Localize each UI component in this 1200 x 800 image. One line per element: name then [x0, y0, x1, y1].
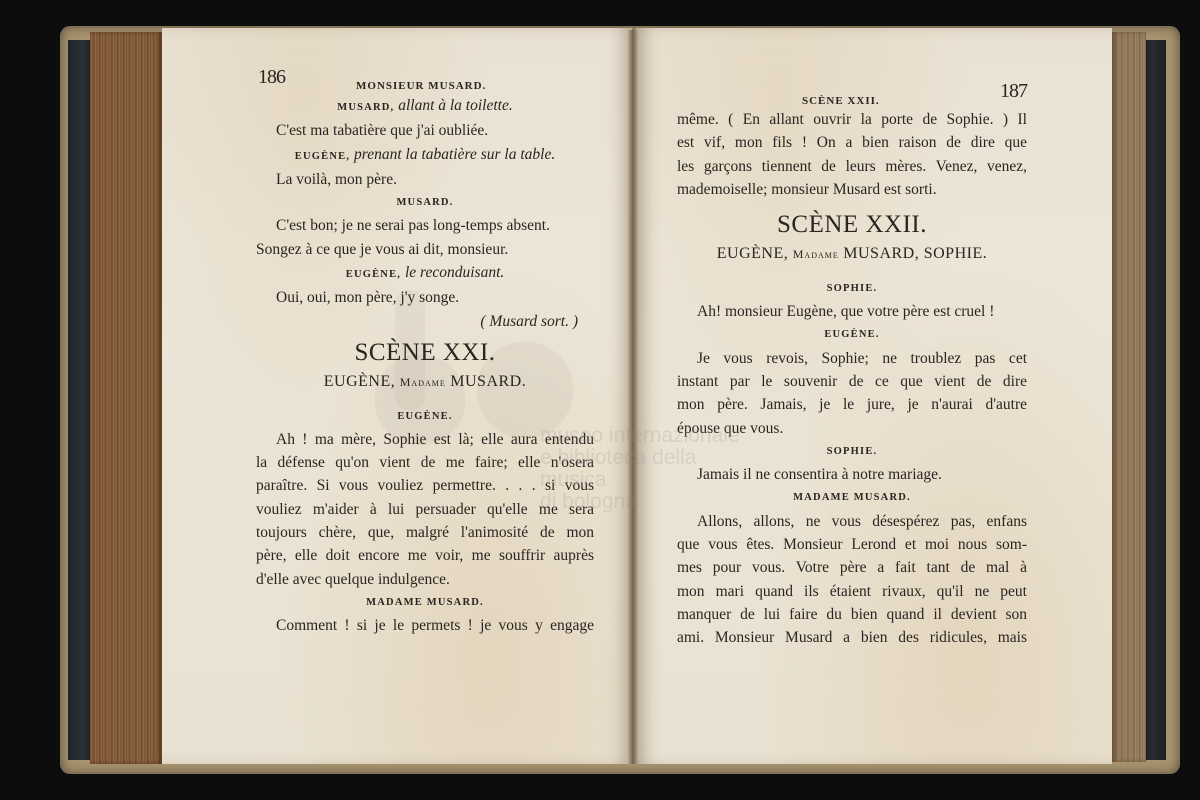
speaker-line: MUSARD. [256, 191, 594, 214]
cast-part: EUGÈNE, [717, 245, 793, 262]
dialogue-line: ami. Monsieur Musard a bien des ridicule… [677, 626, 1027, 649]
page-edges-right [1112, 32, 1146, 762]
speaker-line: SOPHIE. [677, 277, 1027, 300]
dialogue-line: mon père. Jamais, je le jure, je n'aurai… [677, 393, 1027, 416]
scene-title: SCÈNE XXI. [256, 341, 594, 364]
dialogue-line: Comment ! si je le permets ! je vous y e… [256, 614, 594, 637]
left-page-text: 186 MONSIEUR MUSARD. MUSARD, allant à la… [256, 70, 594, 638]
cast-list: EUGÈNE, Madame MUSARD, SOPHIE. [677, 242, 1027, 266]
speaker-line: EUGÈNE, le reconduisant. [256, 261, 594, 286]
dialogue-line: Oui, oui, mon père, j'y songe. [256, 286, 594, 309]
cast-part: MUSARD. [446, 373, 526, 390]
stage-direction: le reconduisant. [405, 264, 504, 281]
dialogue-line: Ah! monsieur Eugène, que votre père est … [677, 300, 1027, 323]
stage-direction: allant à la toilette. [398, 97, 513, 114]
left-running-head: 186 MONSIEUR MUSARD. [256, 70, 594, 94]
speaker-name: MUSARD [337, 102, 390, 113]
dialogue-line: mes pour vous. Votre père a fait tant de… [677, 556, 1027, 579]
dialogue-line: mademoiselle; monsieur Musard est sorti. [677, 178, 1027, 201]
dialogue-line: La voilà, mon père. [256, 168, 594, 191]
cast-part: MUSARD, SOPHIE. [839, 245, 987, 262]
running-title-right: SCÈNE XXII. [802, 90, 880, 113]
dialogue-line: que vous êtes. Monsieur Lerond et moi no… [677, 533, 1027, 556]
dialogue-line: instant par le souvenir de ce que vient … [677, 370, 1027, 393]
dialogue-line: mon mari quand ils étaient rivaux, qu'il… [677, 580, 1027, 603]
scene-title: SCÈNE XXII. [677, 213, 1027, 236]
page-edges-left [90, 32, 162, 764]
stage-direction: ( Musard sort. ) [256, 310, 594, 333]
speaker-line: MADAME MUSARD. [256, 591, 594, 614]
cast-list: EUGÈNE, Madame MUSARD. [256, 370, 594, 394]
dialogue-line: C'est ma tabatière que j'ai oubliée. [256, 119, 594, 142]
dialogue-line: C'est bon; je ne serai pas long-temps ab… [256, 214, 594, 237]
dialogue-line: est vif, mon fils ! On a bien raison de … [677, 131, 1027, 154]
running-title-left: MONSIEUR MUSARD. [356, 75, 486, 98]
cover-inner-left [68, 40, 92, 760]
speaker-name: EUGÈNE [346, 269, 398, 280]
page-number-right: 187 [1000, 80, 1027, 103]
dialogue-line: toujours chère, que, malgré l'animosité … [256, 521, 594, 544]
dialogue-line: les garçons tiennent de leurs mères. Ven… [677, 155, 1027, 178]
cast-part: Madame [400, 375, 446, 389]
cast-part: Madame [793, 247, 839, 261]
cast-part: EUGÈNE, [324, 373, 400, 390]
watermark-line: di bologna [540, 491, 740, 513]
watermark-line: e biblioteca della musica [540, 447, 740, 491]
right-page-text: SCÈNE XXII. 187 même. ( En allant ouvrir… [677, 84, 1027, 650]
dialogue-line: d'elle avec quelque indulgence. [256, 568, 594, 591]
library-watermark: museo internazionale e biblioteca della … [540, 425, 740, 513]
speaker-name: EUGÈNE [295, 151, 347, 162]
dialogue-line: Allons, allons, ne vous désespérez pas, … [677, 510, 1027, 533]
dialogue-line: Je vous revois, Sophie; ne troublez pas … [677, 347, 1027, 370]
stage-direction: prenant la tabatière sur la table. [354, 146, 555, 163]
watermark-line: museo internazionale [540, 425, 740, 447]
dialogue-line: père, elle doit encore me voir, me souff… [256, 544, 594, 567]
speaker-line: EUGÈNE. [677, 323, 1027, 346]
right-running-head: SCÈNE XXII. 187 [677, 84, 1027, 108]
speaker-line: EUGÈNE, prenant la tabatière sur la tabl… [256, 143, 594, 168]
book-gutter [628, 30, 638, 764]
dialogue-line: Songez à ce que je vous ai dit, monsieur… [256, 238, 594, 261]
page-number-left: 186 [258, 66, 285, 89]
dialogue-line: manquer de lui faire du bien quand il de… [677, 603, 1027, 626]
